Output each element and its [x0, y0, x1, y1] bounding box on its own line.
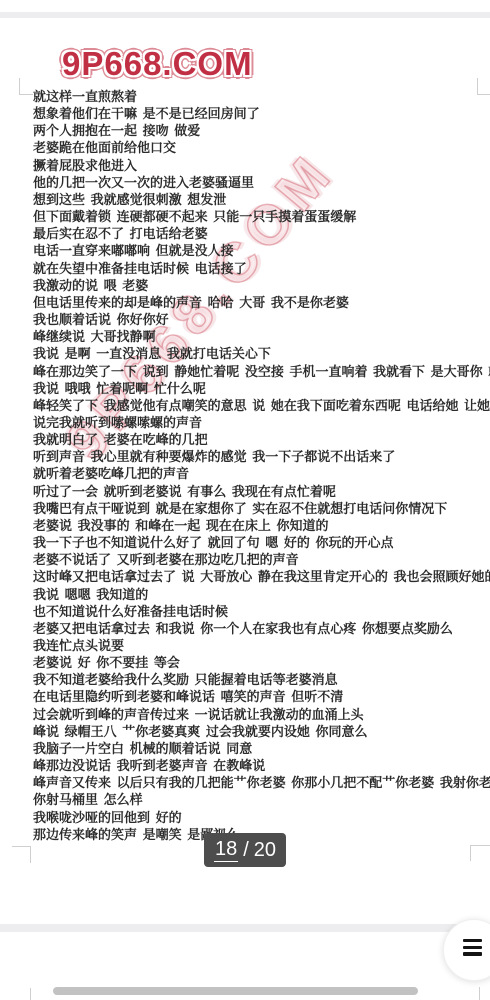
text-line: 我激动的说 喂 老婆 — [33, 277, 473, 294]
margin-corner-mark-bottom-right — [470, 845, 490, 861]
page-indicator-total: 20 — [254, 839, 276, 862]
text-line: 老婆说 我没事的 和峰在一起 现在在床上 你知道的 — [33, 517, 473, 534]
text-line: 最后实在忍不了 打电话给老婆 — [33, 225, 473, 242]
next-page-grey-bar — [53, 987, 418, 995]
body-text-block: 就这样一直煎熬着想象着他们在干嘛 是不是已经回房间了两个人拥抱在一起 接吻 做爱… — [33, 88, 473, 843]
text-line: 说完我就听到嗦螺嗦螺的声音 — [33, 414, 473, 431]
next-document-page — [0, 932, 490, 1000]
text-line: 我嘴巴有点干哑说到 就是在家想你了 实在忍不住就想打电话问你情况下 — [33, 500, 473, 517]
text-line: 我连忙点头说要 — [33, 637, 473, 654]
page-indicator-separator: / — [243, 839, 249, 862]
hamburger-menu-icon[interactable] — [463, 939, 482, 956]
text-line: 峰轻笑了下 我感觉他有点嘲笑的意思 说 她在我下面吃着东西呢 电话给她 让她自己… — [33, 397, 473, 414]
text-line: 但下面戴着锁 连硬都硬不起来 只能一只手摸着蛋蛋缓解 — [33, 208, 473, 225]
hamburger-bar — [463, 952, 482, 955]
text-line: 峰在那边笑了一下 说到 静她忙着呢 没空接 手机一直响着 我就看下 是大哥你 就… — [33, 363, 473, 380]
text-line: 就听着老婆吃峰几把的声音 — [33, 465, 473, 482]
hamburger-bar — [463, 946, 482, 949]
margin-corner-mark-top-right — [477, 78, 490, 95]
margin-corner-mark-bottom-left — [12, 846, 31, 863]
page-gap-divider — [0, 924, 490, 932]
text-line: 听到声音 我心里就有种要爆炸的感觉 我一下子都说不出话来了 — [33, 448, 473, 465]
document-reader-screen: 9P668.COM 9P668.COM 就这样一直煎熬着想象着他们在干嘛 是不是… — [0, 0, 490, 1000]
text-line: 峰声音又传来 以后只有我的几把能艹你老婆 你那小几把不配艹你老婆 我射你老婆逼里 — [33, 774, 473, 791]
text-line: 我说 嗯嗯 我知道的 — [33, 586, 473, 603]
margin-corner-mark-top-left — [19, 78, 33, 95]
watermark-logo-text: 9P668.COM — [62, 45, 253, 83]
text-line: 我也顺着话说 你好你好 — [33, 311, 473, 328]
text-line: 就这样一直煎熬着 — [33, 88, 473, 105]
text-line: 我说 哦哦 忙着呢啊 忙什么呢 — [33, 380, 473, 397]
text-line: 我一下子也不知道说什么好了 就回了句 嗯 好的 你玩的开心点 — [33, 534, 473, 551]
text-line: 我不知道老婆给我什么奖励 只能握着电话等老婆消息 — [33, 671, 473, 688]
text-line: 峰继续说 大哥找静啊 — [33, 328, 473, 345]
margin-mark-next-page-left — [30, 988, 31, 1000]
text-line: 想到这些 我就感觉很刺激 想发泄 — [33, 191, 473, 208]
hamburger-bar — [463, 939, 482, 942]
text-line: 老婆说 好 你不要挂 等会 — [33, 654, 473, 671]
text-line: 想象着他们在干嘛 是不是已经回房间了 — [33, 105, 473, 122]
text-line: 但电话里传来的却是峰的声音 哈哈 大哥 我不是你老婆 — [33, 294, 473, 311]
text-line: 听过了一会 就听到老婆说 有事么 我现在有点忙着呢 — [33, 483, 473, 500]
text-line: 峰说 绿帽王八 艹你老婆真爽 过会我就要内设她 你同意么 — [33, 723, 473, 740]
text-line: 我脑子一片空白 机械的顺着话说 同意 — [33, 740, 473, 757]
page-indicator-badge[interactable]: 18 / 20 — [204, 833, 286, 867]
text-line: 撅着屁股求他进入 — [33, 157, 473, 174]
text-line: 你射马桶里 怎么样 — [33, 791, 473, 808]
margin-mark-next-page-right — [479, 987, 480, 1000]
text-line: 老婆不说话了 又听到老婆在那边吃几把的声音 — [33, 551, 473, 568]
text-line: 就在失望中准备挂电话时候 电话接了 — [33, 260, 473, 277]
text-line: 我说 是啊 一直没消息 我就打电话关心下 — [33, 345, 473, 362]
text-line: 我喉咙沙哑的回他到 好的 — [33, 809, 473, 826]
text-line: 这时峰又把电话拿过去了 说 大哥放心 静在我这里肯定开心的 我也会照顾好她的 — [33, 568, 473, 585]
top-strip — [0, 0, 490, 12]
text-line: 在电话里隐约听到老婆和峰说话 嘻笑的声音 但听不清 — [33, 688, 473, 705]
page-indicator-current[interactable]: 18 — [214, 838, 238, 862]
text-line: 两个人拥抱在一起 接吻 做爱 — [33, 122, 473, 139]
text-line: 过会就听到峰的声音传过来 一说话就让我激动的血涌上头 — [33, 706, 473, 723]
text-line: 峰那边没说话 我听到老婆声音 在教峰说 — [33, 757, 473, 774]
text-line: 老婆又把电话拿过去 和我说 你一个人在家我也有点心疼 你想要点奖励么 — [33, 620, 473, 637]
text-line: 电话一直穿来嘟嘟响 但就是没人接 — [33, 242, 473, 259]
text-line: 也不知道说什么好准备挂电话时候 — [33, 603, 473, 620]
text-line: 老婆跪在他面前给他口交 — [33, 139, 473, 156]
text-line: 我就明白了 老婆在吃峰的几把 — [33, 431, 473, 448]
text-line: 他的几把一次又一次的进入老婆骚逼里 — [33, 174, 473, 191]
document-page: 9P668.COM 9P668.COM 就这样一直煎熬着想象着他们在干嘛 是不是… — [0, 18, 490, 924]
